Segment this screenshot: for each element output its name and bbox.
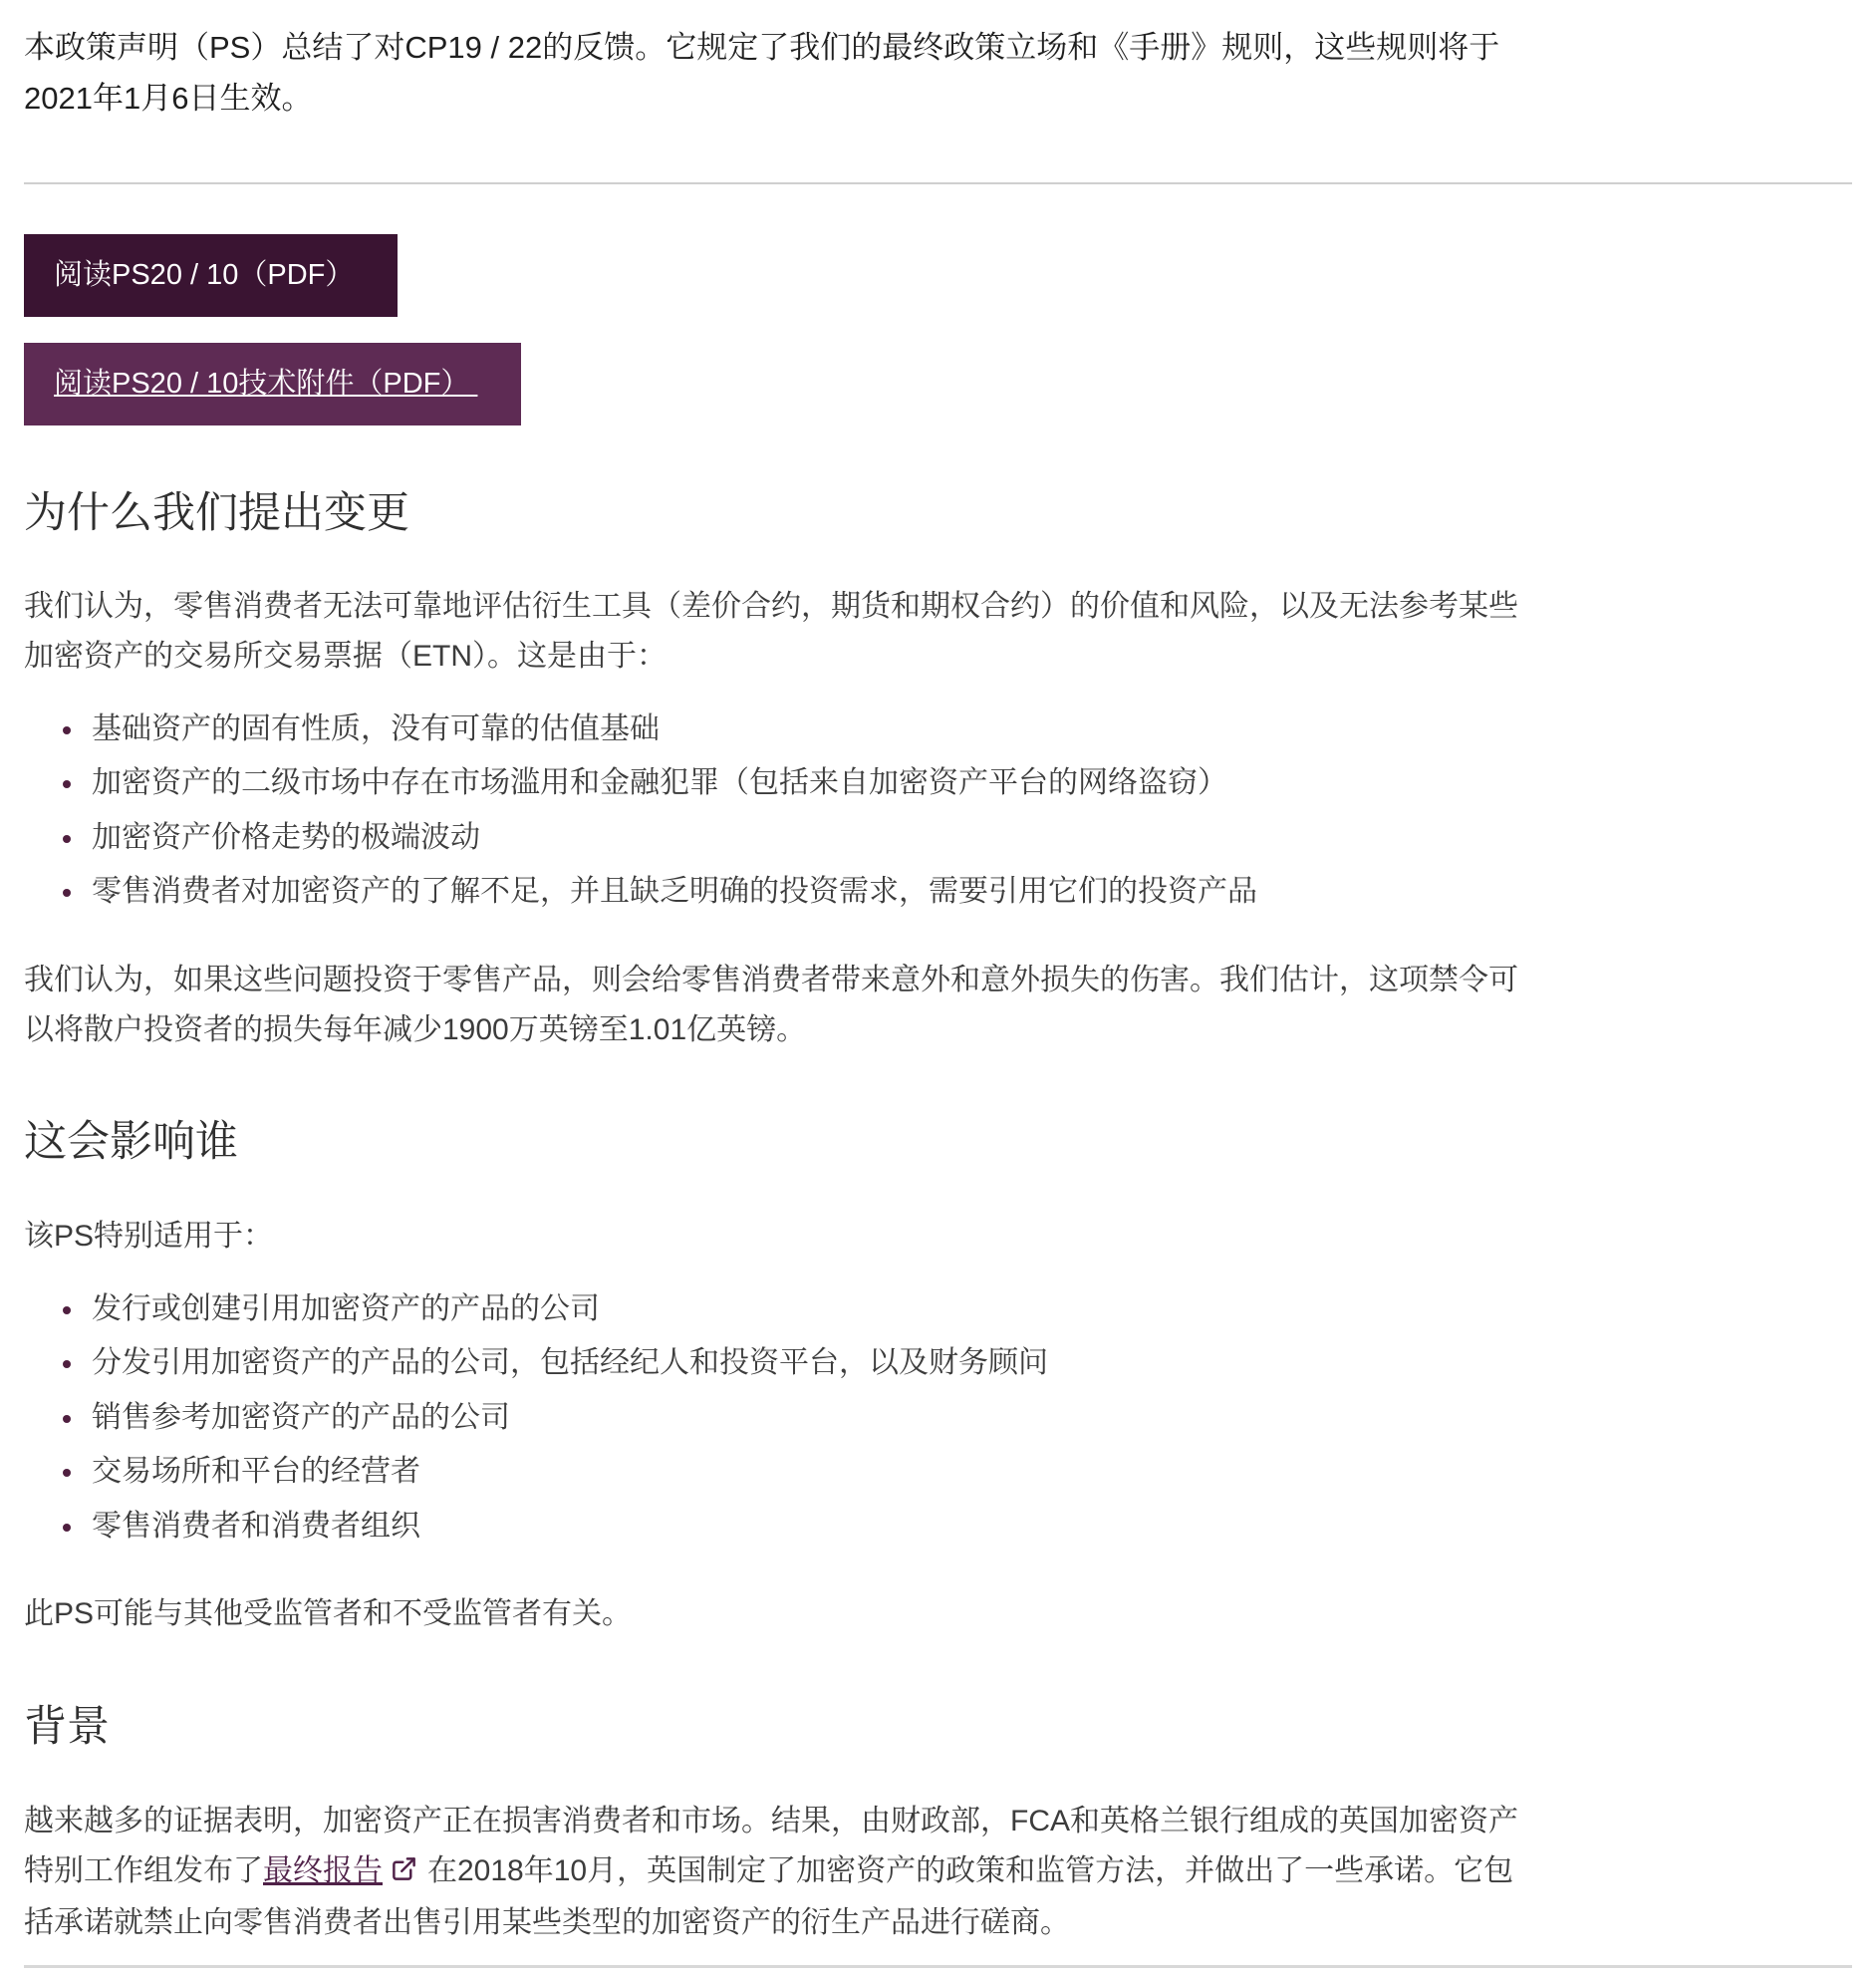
- list-item: 零售消费者和消费者组织: [86, 1505, 1520, 1549]
- heading-why-changes: 为什么我们提出变更: [24, 487, 1852, 541]
- external-link-icon: [391, 1848, 417, 1898]
- list-item: 加密资产价格走势的极端波动: [86, 816, 1520, 860]
- list-item: 销售参考加密资产的产品的公司: [86, 1396, 1520, 1440]
- who-paragraph: 该PS特别适用于：: [24, 1212, 1518, 1262]
- bottom-divider: [24, 1965, 1852, 1968]
- list-item: 交易场所和平台的经营者: [86, 1450, 1520, 1494]
- why-paragraph: 我们认为，零售消费者无法可靠地评估衍生工具（差价合约，期货和期权合约）的价值和风…: [24, 582, 1518, 682]
- read-ps-pdf-button[interactable]: 阅读PS20 / 10（PDF）: [24, 234, 398, 317]
- list-item: 加密资产的二级市场中存在市场滥用和金融犯罪（包括来自加密资产平台的网络盗窃）: [86, 761, 1520, 805]
- why-paragraph-2: 我们认为，如果这些问题投资于零售产品，则会给零售消费者带来意外和意外损失的伤害。…: [24, 956, 1518, 1055]
- who-bullet-list: 发行或创建引用加密资产的产品的公司 分发引用加密资产的产品的公司，包括经纪人和投…: [24, 1287, 1520, 1549]
- read-annex-pdf-label: 阅读PS20 / 10技术附件（PDF）: [54, 368, 477, 400]
- list-item: 零售消费者对加密资产的了解不足，并且缺乏明确的投资需求，需要引用它们的投资产品: [86, 870, 1520, 914]
- who-paragraph-2: 此PS可能与其他受监管者和不受监管者有关。: [24, 1589, 1518, 1639]
- final-report-link-label: 最终报告: [263, 1854, 383, 1887]
- background-paragraph: 越来越多的证据表明，加密资产正在损害消费者和市场。结果，由财政部，FCA和英格兰…: [24, 1797, 1518, 1947]
- list-item: 基础资产的固有性质，没有可靠的估值基础: [86, 707, 1520, 751]
- final-report-link[interactable]: 最终报告: [263, 1854, 427, 1887]
- article-page: 本政策声明（PS）总结了对CP19 / 22的反馈。它规定了我们的最终政策立场和…: [0, 0, 1876, 1978]
- why-bullet-list: 基础资产的固有性质，没有可靠的估值基础 加密资产的二级市场中存在市场滥用和金融犯…: [24, 707, 1520, 914]
- heading-who-affected: 这会影响谁: [24, 1116, 1852, 1170]
- list-item: 分发引用加密资产的产品的公司，包括经纪人和投资平台，以及财务顾问: [86, 1341, 1520, 1385]
- read-ps-pdf-label: 阅读PS20 / 10（PDF）: [54, 259, 354, 291]
- read-annex-pdf-button[interactable]: 阅读PS20 / 10技术附件（PDF）: [24, 343, 521, 425]
- intro-paragraph: 本政策声明（PS）总结了对CP19 / 22的反馈。它规定了我们的最终政策立场和…: [24, 22, 1518, 125]
- heading-background: 背景: [24, 1701, 1852, 1755]
- list-item: 发行或创建引用加密资产的产品的公司: [86, 1287, 1520, 1331]
- download-buttons: 阅读PS20 / 10（PDF） 阅读PS20 / 10技术附件（PDF）: [24, 184, 1852, 425]
